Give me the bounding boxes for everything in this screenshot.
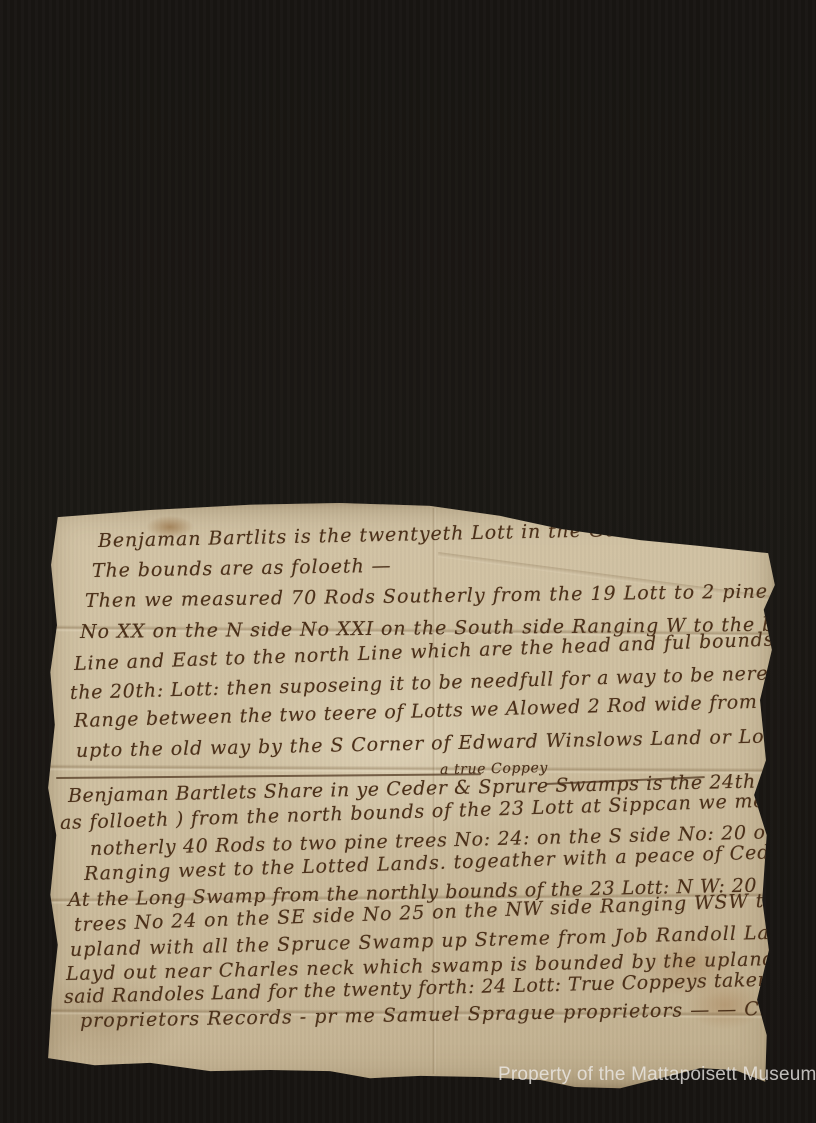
watermark-text: Property of the Mattapoisett Museum (498, 1064, 816, 1086)
text-line: upto the old way by the S Corner of Edwa… (76, 724, 816, 762)
text-line: Benjaman Bartlits is the twentyeth Lott … (98, 518, 652, 552)
manuscript-paper: Benjaman Bartlits is the twentyeth Lott … (40, 500, 780, 1090)
text-line: The bounds are as foloeth — (92, 555, 392, 582)
photo-background: Benjaman Bartlits is the twentyeth Lott … (0, 0, 816, 1123)
text-line: Then we measured 70 Rods Southerly from … (85, 580, 816, 612)
